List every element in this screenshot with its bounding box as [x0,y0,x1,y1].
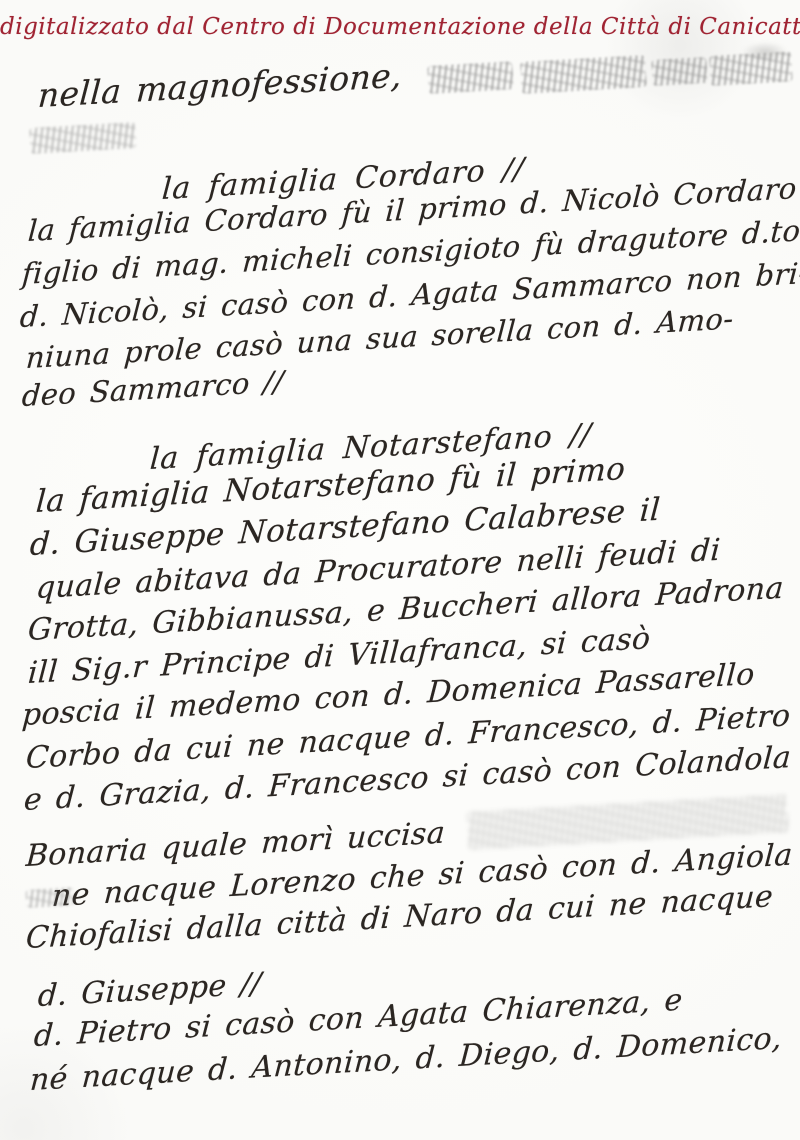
margin-smudge [25,887,74,908]
crossed-out-scribble [520,55,647,94]
smudged-word-scribble [29,122,136,154]
manuscript-line: nella magnofessione, [37,56,404,116]
manuscript-page: digitalizzato dal Centro di Documentazio… [0,0,800,1140]
digitization-stamp-text: digitalizzato dal Centro di Documentazio… [0,14,800,40]
manuscript-line: d. Giuseppe // [37,966,263,1014]
corner-blot [742,42,788,62]
crossed-out-scribble [427,61,513,94]
crossed-out-scribble [651,57,707,86]
